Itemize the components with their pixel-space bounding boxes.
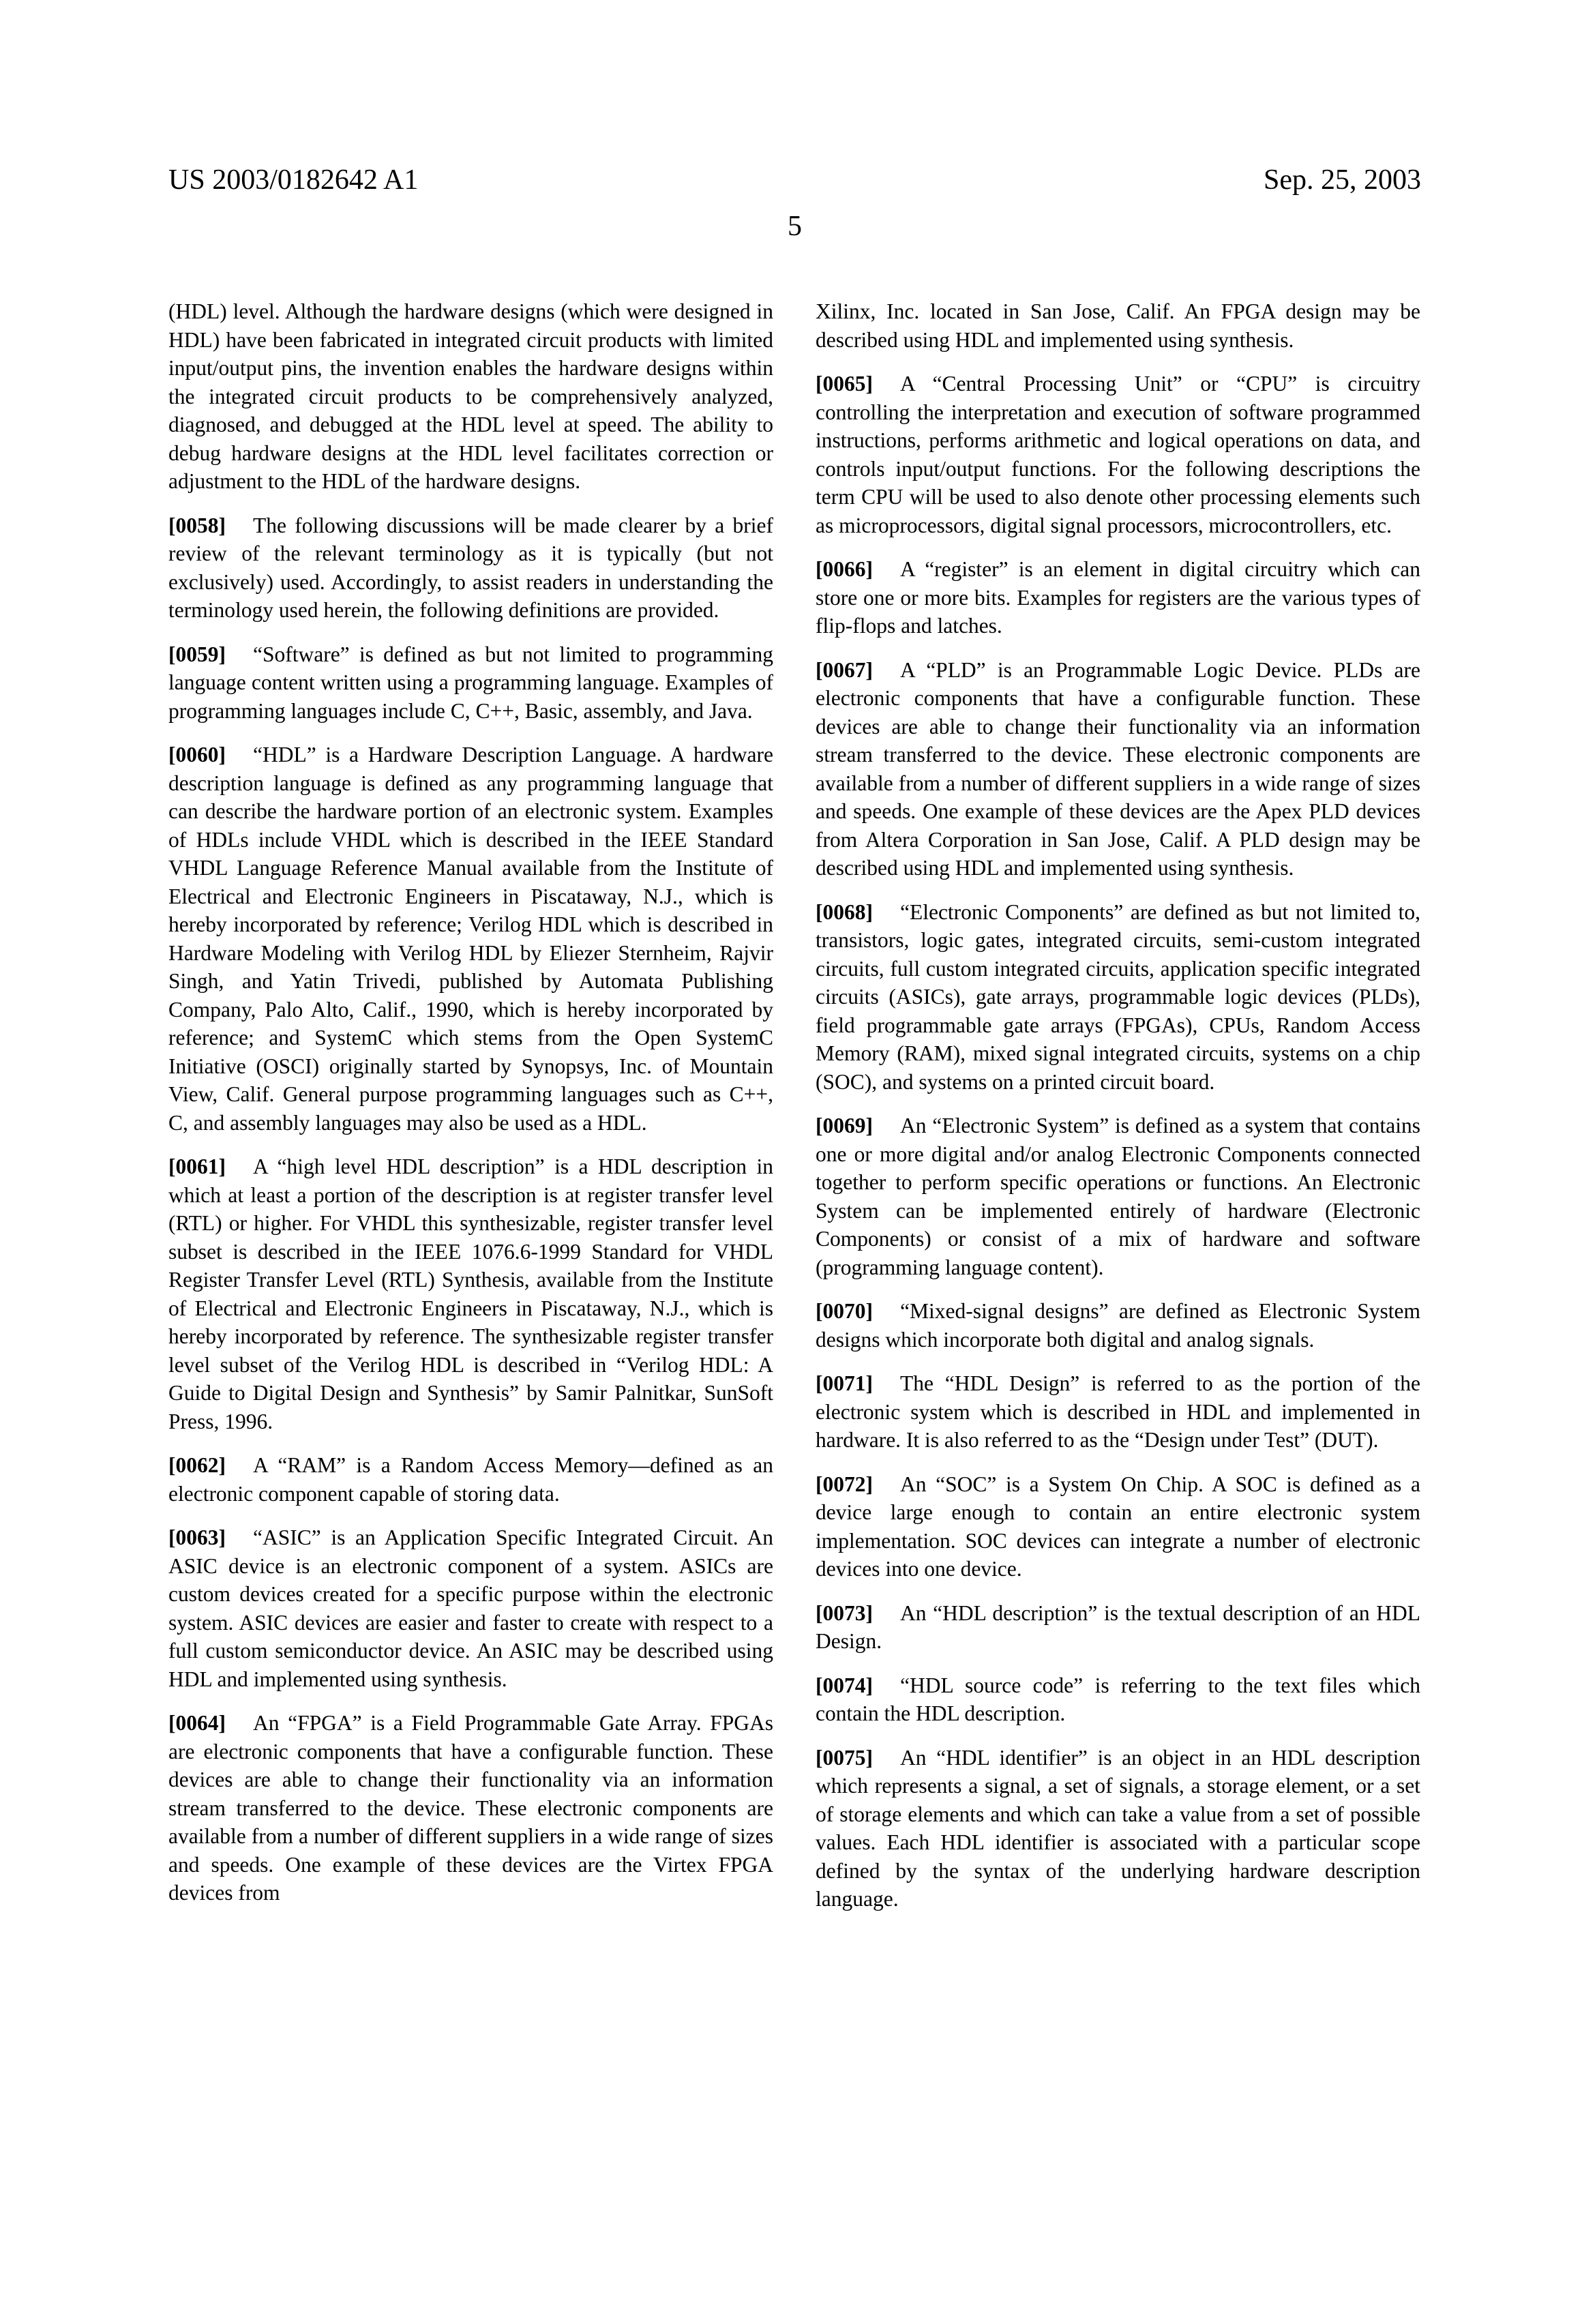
paragraph-tag: [0064] <box>168 1711 226 1735</box>
page-number: 5 <box>168 210 1421 243</box>
patent-number: US 2003/0182642 A1 <box>168 164 418 196</box>
paragraph-text: A “Central Processing Unit” or “CPU” is … <box>816 372 1420 537</box>
paragraph: [0071]The “HDL Design” is referred to as… <box>816 1369 1420 1455</box>
patent-page: US 2003/0182642 A1 Sep. 25, 2003 5 (HDL)… <box>0 0 1582 2324</box>
paragraph: [0063]“ASIC” is an Application Specific … <box>168 1523 773 1693</box>
paragraph: [0060]“HDL” is a Hardware Description La… <box>168 741 773 1137</box>
paragraph-tag: [0058] <box>168 513 226 537</box>
paragraph-text: Xilinx, Inc. located in San Jose, Calif.… <box>816 299 1420 352</box>
paragraph-text: A “register” is an element in digital ci… <box>816 557 1420 638</box>
paragraph-tag: [0063] <box>168 1525 226 1549</box>
paragraph: [0058]The following discussions will be … <box>168 511 773 625</box>
paragraph-tag: [0060] <box>168 743 226 766</box>
paragraph-tag: [0073] <box>816 1601 873 1625</box>
publication-date: Sep. 25, 2003 <box>1264 164 1421 196</box>
paragraph: [0070]“Mixed-signal designs” are defined… <box>816 1297 1420 1354</box>
paragraph-text: “Mixed-signal designs” are defined as El… <box>816 1299 1420 1352</box>
paragraph-tag: [0075] <box>816 1746 873 1770</box>
paragraph-text: An “HDL identifier” is an object in an H… <box>816 1746 1420 1911</box>
paragraph-text: A “RAM” is a Random Access Memory—define… <box>168 1453 773 1506</box>
paragraph: [0066]A “register” is an element in digi… <box>816 555 1420 640</box>
paragraph-text: The following discussions will be made c… <box>168 513 773 623</box>
page-header: US 2003/0182642 A1 Sep. 25, 2003 <box>168 164 1421 196</box>
paragraph: Xilinx, Inc. located in San Jose, Calif.… <box>816 297 1420 354</box>
paragraph-tag: [0068] <box>816 900 873 924</box>
paragraph-tag: [0061] <box>168 1154 226 1178</box>
paragraph-tag: [0069] <box>816 1114 873 1137</box>
paragraph: [0067]A “PLD” is an Programmable Logic D… <box>816 656 1420 882</box>
paragraph-tag: [0074] <box>816 1673 873 1697</box>
paragraph: [0068]“Electronic Components” are define… <box>816 898 1420 1097</box>
paragraph-text: “HDL source code” is referring to the te… <box>816 1673 1420 1726</box>
paragraph-text: An “FPGA” is a Field Programmable Gate A… <box>168 1711 773 1905</box>
paragraph-text: A “high level HDL description” is a HDL … <box>168 1154 773 1433</box>
paragraph: [0073]An “HDL description” is the textua… <box>816 1599 1420 1656</box>
paragraph-text: “Electronic Components” are defined as b… <box>816 900 1420 1094</box>
paragraph-tag: [0059] <box>168 642 226 666</box>
left-column: (HDL) level. Although the hardware desig… <box>168 297 773 1913</box>
paragraph: [0064]An “FPGA” is a Field Programmable … <box>168 1709 773 1907</box>
paragraph-tag: [0071] <box>816 1371 873 1395</box>
paragraph-text: An “Electronic System” is defined as a s… <box>816 1114 1420 1279</box>
paragraph-tag: [0066] <box>816 557 873 581</box>
body-columns: (HDL) level. Although the hardware desig… <box>168 297 1421 1913</box>
paragraph: [0065]A “Central Processing Unit” or “CP… <box>816 370 1420 539</box>
paragraph-tag: [0065] <box>816 372 873 396</box>
paragraph-text: “Software” is defined as but not limited… <box>168 642 773 723</box>
paragraph-text: An “SOC” is a System On Chip. A SOC is d… <box>816 1472 1420 1581</box>
paragraph-tag: [0070] <box>816 1299 873 1323</box>
paragraph: [0061]A “high level HDL description” is … <box>168 1152 773 1435</box>
paragraph-text: The “HDL Design” is referred to as the p… <box>816 1371 1420 1452</box>
paragraph-text: “HDL” is a Hardware Description Language… <box>168 743 773 1135</box>
paragraph: [0075]An “HDL identifier” is an object i… <box>816 1744 1420 1913</box>
paragraph-text: “ASIC” is an Application Specific Integr… <box>168 1525 773 1691</box>
paragraph: [0059]“Software” is defined as but not l… <box>168 640 773 726</box>
paragraph: [0072]An “SOC” is a System On Chip. A SO… <box>816 1470 1420 1583</box>
paragraph-tag: [0062] <box>168 1453 226 1477</box>
paragraph-text: (HDL) level. Although the hardware desig… <box>168 299 773 493</box>
paragraph-text: An “HDL description” is the textual desc… <box>816 1601 1420 1654</box>
paragraph: [0069]An “Electronic System” is defined … <box>816 1112 1420 1281</box>
paragraph-tag: [0072] <box>816 1472 873 1496</box>
paragraph-tag: [0067] <box>816 658 873 682</box>
paragraph: (HDL) level. Although the hardware desig… <box>168 297 773 496</box>
paragraph: [0062]A “RAM” is a Random Access Memory—… <box>168 1451 773 1508</box>
paragraph: [0074]“HDL source code” is referring to … <box>816 1671 1420 1728</box>
right-column: Xilinx, Inc. located in San Jose, Calif.… <box>816 297 1420 1913</box>
paragraph-text: A “PLD” is an Programmable Logic Device.… <box>816 658 1420 880</box>
